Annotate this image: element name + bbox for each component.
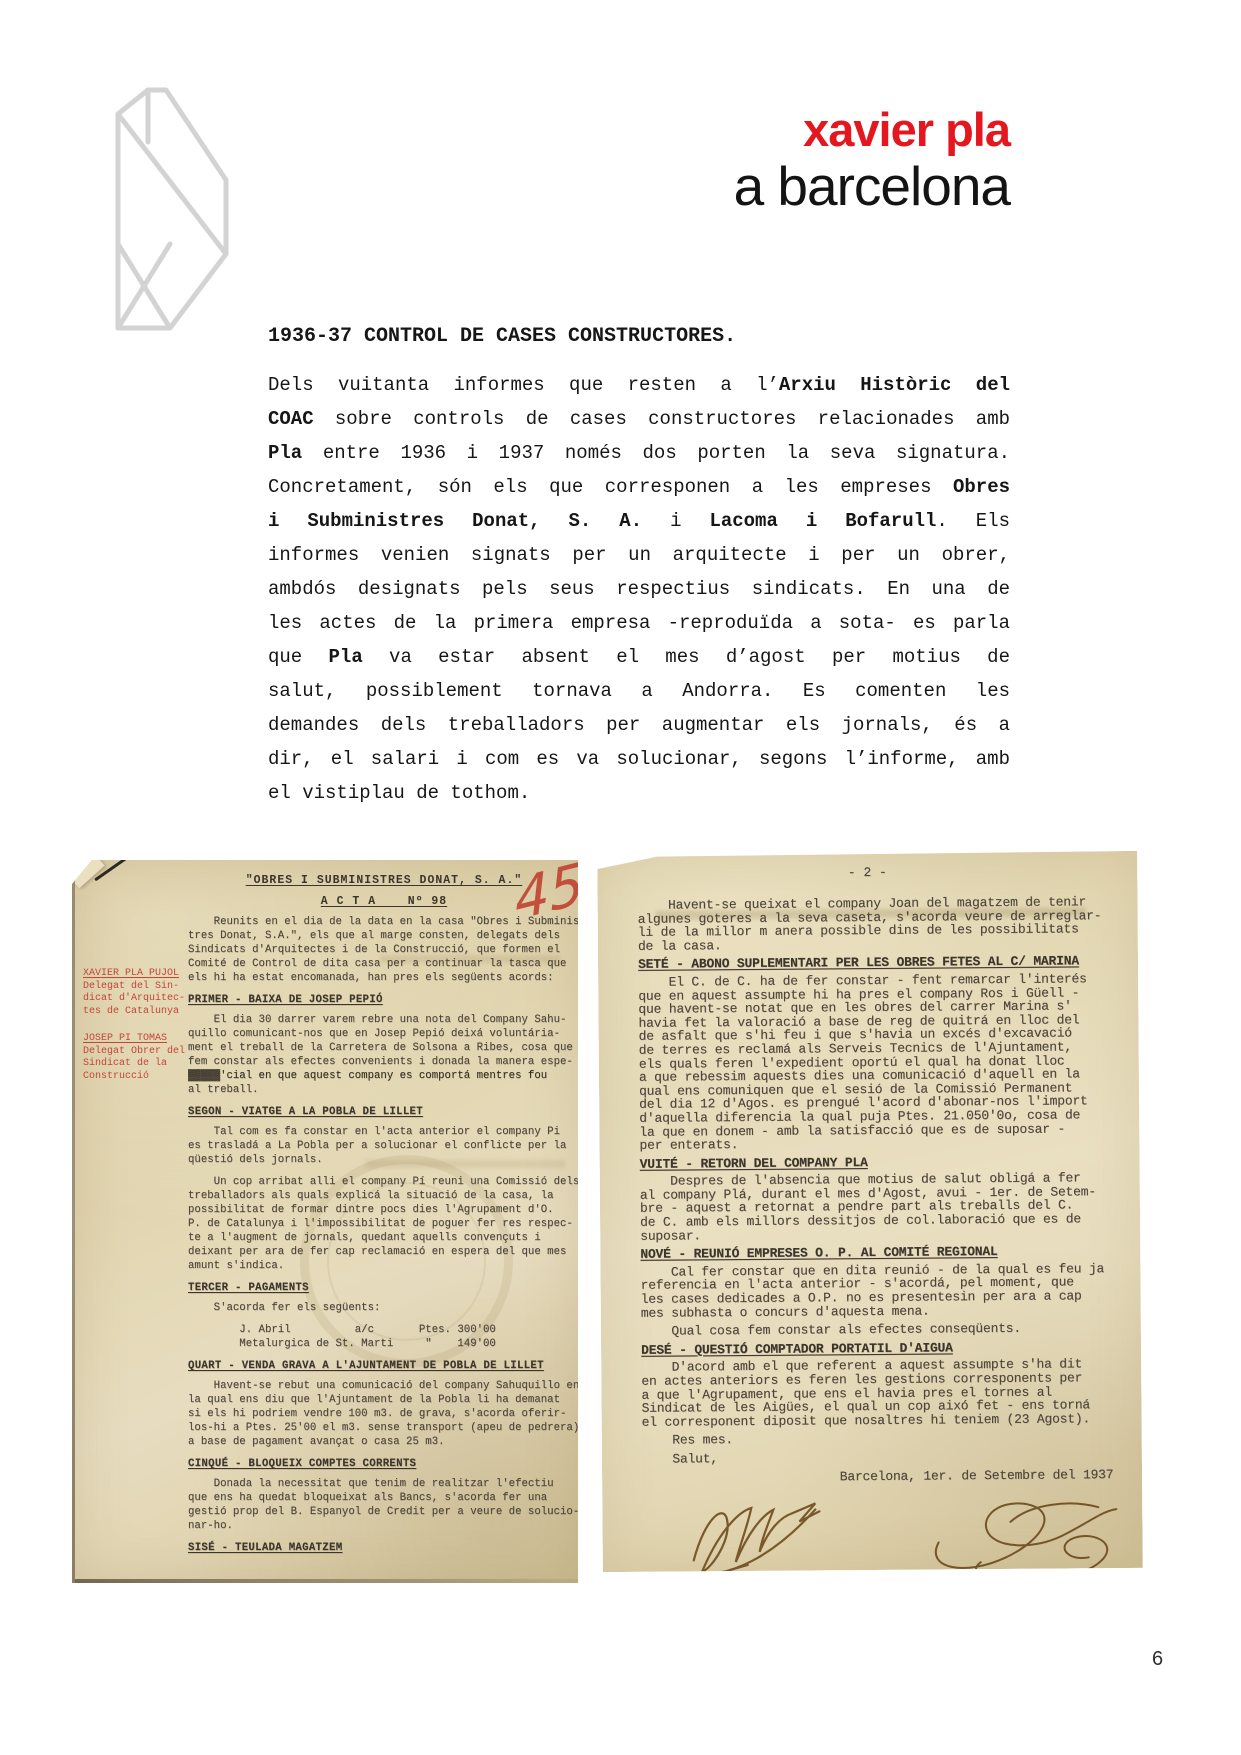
doc-line: Salut, <box>642 1449 1142 1467</box>
doc-section-heading: VUITÉ - RETORN DEL COMPANY PLA <box>640 1154 1140 1172</box>
doc-line: amunt s'indica. <box>188 1259 578 1273</box>
article-line: Dels vuitanta informes que resten a l’Ar… <box>268 368 1010 402</box>
document-page-label: - 2 - <box>597 863 1137 882</box>
doc-line: te a l'augment de jornals, quedant aquel… <box>188 1231 578 1245</box>
geometric-logo-icon <box>106 84 286 334</box>
doc-section-heading: SISÉ - TEULADA MAGATZEM <box>188 1541 578 1555</box>
doc-paragraph: Donada la necessitat que tenim de realit… <box>188 1477 578 1533</box>
margin-note-name: JOSEP PI TOMAS <box>83 1033 189 1046</box>
doc-section-heading: SETÉ - ABONO SUPLEMENTARI PER LES OBRES … <box>638 954 1138 972</box>
doc-paragraph: El C. de C. ha de fer constar - fent rem… <box>638 972 1139 1153</box>
doc-line: Comité de Control de dita casa per a con… <box>188 957 578 971</box>
article-line: ambdós designats pels seus respectius si… <box>268 572 1010 606</box>
margin-note-name: XAVIER PLA PUJOL <box>83 968 189 981</box>
doc-line: Un cop arribat alli el company Pí reuni … <box>188 1175 578 1189</box>
doc-line: J. Abril a/c Ptes. 300'00 <box>188 1323 578 1337</box>
doc-paragraph: Tal com es fa constar en l'acta anterior… <box>188 1125 578 1167</box>
doc-line: deixant per ara de fer cap reclamació en… <box>188 1245 578 1259</box>
doc-section-heading: NOVÉ - REUNIÓ EMPRESES O. P. AL COMITÉ R… <box>640 1244 1140 1262</box>
doc-line: ▓▓▓▓▓'cial en que aquest company es comp… <box>188 1069 578 1083</box>
margin-note-line: Delegat del Sin- <box>83 981 189 994</box>
masthead-subtitle: a barcelona <box>734 159 1010 214</box>
article-line: demandes dels treballadors per augmentar… <box>268 708 1010 742</box>
doc-line: S'acorda fer els següents: <box>188 1301 578 1315</box>
signature-xavier-pla-icon <box>687 1481 848 1572</box>
doc-paragraph: Cal fer constar que en dita reunió - de … <box>640 1262 1140 1320</box>
doc-paragraph: Salut, <box>642 1449 1142 1467</box>
doc-line: possibilitat de formar dintre pocs dies … <box>188 1203 578 1217</box>
doc-line: treballadors als quals explicá la situac… <box>188 1189 578 1203</box>
doc-line: de la casa. <box>638 936 1138 954</box>
doc-line: Qual cosa fem constar als efectes conseq… <box>641 1321 1141 1339</box>
margin-notes: XAVIER PLA PUJOLDelegat del Sin-dicat d'… <box>83 968 189 1098</box>
document-text: "OBRES I SUBMINISTRES DONAT, S. A."A C T… <box>188 873 578 1561</box>
doc-line: el corresponent diposit que nosaltres hi… <box>642 1412 1142 1430</box>
doc-line: per enterats. <box>639 1135 1139 1153</box>
doc-line: al treball. <box>188 1083 578 1097</box>
masthead-title: xavier pla <box>734 106 1010 153</box>
doc-line: els hi ha estat encomanada, han pres els… <box>188 971 578 985</box>
doc-line: P. de Catalunya i l'impossibilitat de po… <box>188 1217 578 1231</box>
doc-paragraph: Un cop arribat alli el company Pí reuni … <box>188 1175 578 1273</box>
doc-line: Reunits en el dia de la data en la casa … <box>188 915 578 929</box>
article-line: informes venien signats per un arquitect… <box>268 538 1010 572</box>
doc-line: Havent-se rebut una comunicació del comp… <box>188 1379 578 1393</box>
doc-paragraph: Havent-se rebut una comunicació del comp… <box>188 1379 578 1449</box>
doc-line: qüestió dels jornals. <box>188 1153 578 1167</box>
doc-line: si els hi podriem vendre 100 m3. de grav… <box>188 1407 578 1421</box>
article-line: Pla entre 1936 i 1937 només dos porten l… <box>268 436 1010 470</box>
doc-paragraph: Res mes. <box>642 1430 1142 1448</box>
article-line: salut, possiblement tornava a Andorra. E… <box>268 674 1010 708</box>
doc-section-heading: CINQUÉ - BLOQUEIX COMPTES CORRENTS <box>188 1457 578 1471</box>
doc-line: ment el treball de la Carretera de Solso… <box>188 1041 578 1055</box>
doc-section-heading: PRIMER - BAIXA DE JOSEP PEPIÓ <box>188 993 578 1007</box>
doc-line: tres Donat, S.A.", els que al marge cons… <box>188 929 578 943</box>
page: xavier pla a barcelona 1936-37 CONTROL D… <box>0 0 1241 1755</box>
doc-paragraph: S'acorda fer els següents: <box>188 1301 578 1315</box>
doc-paragraph: J. Abril a/c Ptes. 300'00 Metalurgica de… <box>188 1323 578 1351</box>
margin-note-line: tes de Catalunya <box>83 1006 189 1019</box>
doc-paragraph: Havent-se queixat el company Joan del ma… <box>638 895 1138 953</box>
doc-line: quillo comunicant-nos que en Josep Pepió… <box>188 1027 578 1041</box>
doc-paragraph: Qual cosa fem constar als efectes conseq… <box>641 1321 1141 1339</box>
doc-line: Metalurgica de St. Marti " 149'00 <box>188 1337 578 1351</box>
margin-note: XAVIER PLA PUJOLDelegat del Sin-dicat d'… <box>83 968 189 1018</box>
doc-line: mes subhasta o concurs d'aquesta mena. <box>641 1303 1141 1321</box>
margin-note-line: dicat d'Arquitec- <box>83 993 189 1006</box>
scanned-document-acta-98: 45 XAVIER PLA PUJOLDelegat del Sin-dicat… <box>72 860 578 1583</box>
article-body: Dels vuitanta informes que resten a l’Ar… <box>268 368 1010 810</box>
article-line: i Subministres Donat, S. A. i Lacoma i B… <box>268 504 1010 538</box>
article-line: dir, el salari i com es va solucionar, s… <box>268 742 1010 776</box>
doc-paragraph: Reunits en el dia de la data en la casa … <box>188 915 578 985</box>
article-line: les actes de la primera empresa -reprodu… <box>268 606 1010 640</box>
doc-title: A C T A Nº 98 <box>188 894 578 910</box>
margin-note-line: Sindicat de la <box>83 1058 189 1071</box>
doc-line: a base de pagament avançat o casa 25 m3. <box>188 1435 578 1449</box>
scanned-document-page-2: - 2 - Havent-se queixat el company Joan … <box>597 851 1143 1572</box>
doc-line: El dia 30 darrer varem rebre una nota de… <box>188 1013 578 1027</box>
article-heading: 1936-37 CONTROL DE CASES CONSTRUCTORES. <box>268 322 1010 352</box>
article-line: Concretament, són els que corresponen a … <box>268 470 1010 504</box>
article: 1936-37 CONTROL DE CASES CONSTRUCTORES. … <box>268 322 1010 810</box>
document-text: Havent-se queixat el company Joan del ma… <box>638 895 1143 1490</box>
article-line: COAC sobre controls de cases constructor… <box>268 402 1010 436</box>
doc-paragraph: D'acord amb el que referent a aquest ass… <box>641 1357 1142 1429</box>
doc-line: los-hi a Ptes. 25'00 el m3. sense transp… <box>188 1421 578 1435</box>
doc-section-heading: QUART - VENDA GRAVA A L'AJUNTAMENT DE PO… <box>188 1359 578 1373</box>
signature-josep-pi-icon <box>920 1491 1136 1572</box>
doc-line: Tal com es fa constar en l'acta anterior… <box>188 1125 578 1139</box>
doc-line: Res mes. <box>642 1430 1142 1448</box>
page-number: 6 <box>1152 1648 1163 1671</box>
doc-line: la qual ens diu que l'Ajuntament de la P… <box>188 1393 578 1407</box>
masthead: xavier pla a barcelona <box>734 106 1010 214</box>
doc-line: fem constar als efectes convenients i do… <box>188 1055 578 1069</box>
margin-note: JOSEP PI TOMASDelegat Obrer delSindicat … <box>83 1033 189 1083</box>
doc-line: Sindicats d'Arquitectes i de la Construc… <box>188 943 578 957</box>
doc-line: gestió prop del B. Espanyol de Credit pe… <box>188 1505 578 1519</box>
doc-title: "OBRES I SUBMINISTRES DONAT, S. A." <box>188 873 578 889</box>
doc-section-heading: TERCER - PAGAMENTS <box>188 1281 578 1295</box>
margin-note-line: Delegat Obrer del <box>83 1046 189 1059</box>
doc-line: Donada la necessitat que tenim de realit… <box>188 1477 578 1491</box>
doc-line: nar-ho. <box>188 1519 578 1533</box>
doc-line: que ens ha quedat bloqueixat als Bancs, … <box>188 1491 578 1505</box>
article-line: que Pla va estar absent el mes d’agost p… <box>268 640 1010 674</box>
doc-line: es trasladá a La Pobla per a solucionar … <box>188 1139 578 1153</box>
doc-paragraph: El dia 30 darrer varem rebre una nota de… <box>188 1013 578 1097</box>
doc-paragraph: Despres de l'absencia que motius de salu… <box>640 1171 1141 1243</box>
article-line: el vistiplau de tothom. <box>268 776 1010 810</box>
margin-note-line: Construcció <box>83 1071 189 1084</box>
doc-section-heading: DESÉ - QUESTIÓ COMPTADOR PORTATIL D'AIGU… <box>641 1340 1141 1358</box>
doc-section-heading: SEGON - VIATGE A LA POBLA DE LILLET <box>188 1105 578 1119</box>
